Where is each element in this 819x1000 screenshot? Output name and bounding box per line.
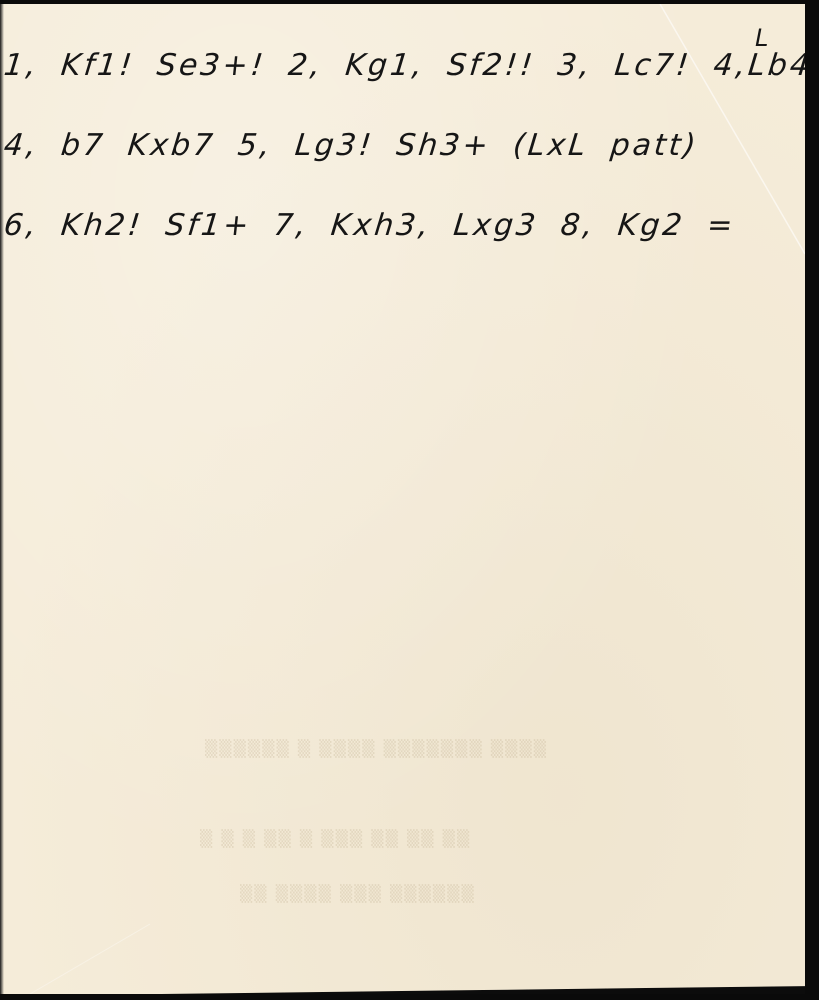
solution-line-2: 4, b7 Kxb7 5, Lg3! Sh3+ (LxL patt) [2, 128, 700, 163]
show-through-text-3: ▒▒ ▒▒▒▒ ▒▒▒ ▒▒▒▒▒▒ [240, 884, 476, 903]
show-through-text-1: ▒▒▒▒▒▒ ▒ ▒▒▒▒ ▒▒▒▒▒▒▒ ▒▒▒▒ [205, 739, 548, 758]
solution-line-1: 1, Kf1! Se3+! 2, Kg1, Sf2!! 3, Lc7! 4,Lb… [2, 48, 819, 83]
scan-border-right [805, 0, 819, 1000]
paper-sheet: L 1, Kf1! Se3+! 2, Kg1, Sf2!! 3, Lc7! 4,… [0, 4, 805, 994]
scan-border-bottom [0, 994, 819, 1000]
show-through-text-2: ▒ ▒ ▒ ▒▒ ▒ ▒▒▒ ▒▒ ▒▒ ▒▒ [200, 829, 471, 848]
solution-line-3: 6, Kh2! Sf1+ 7, Kxh3, Lxg3 8, Kg2 = [2, 208, 737, 243]
